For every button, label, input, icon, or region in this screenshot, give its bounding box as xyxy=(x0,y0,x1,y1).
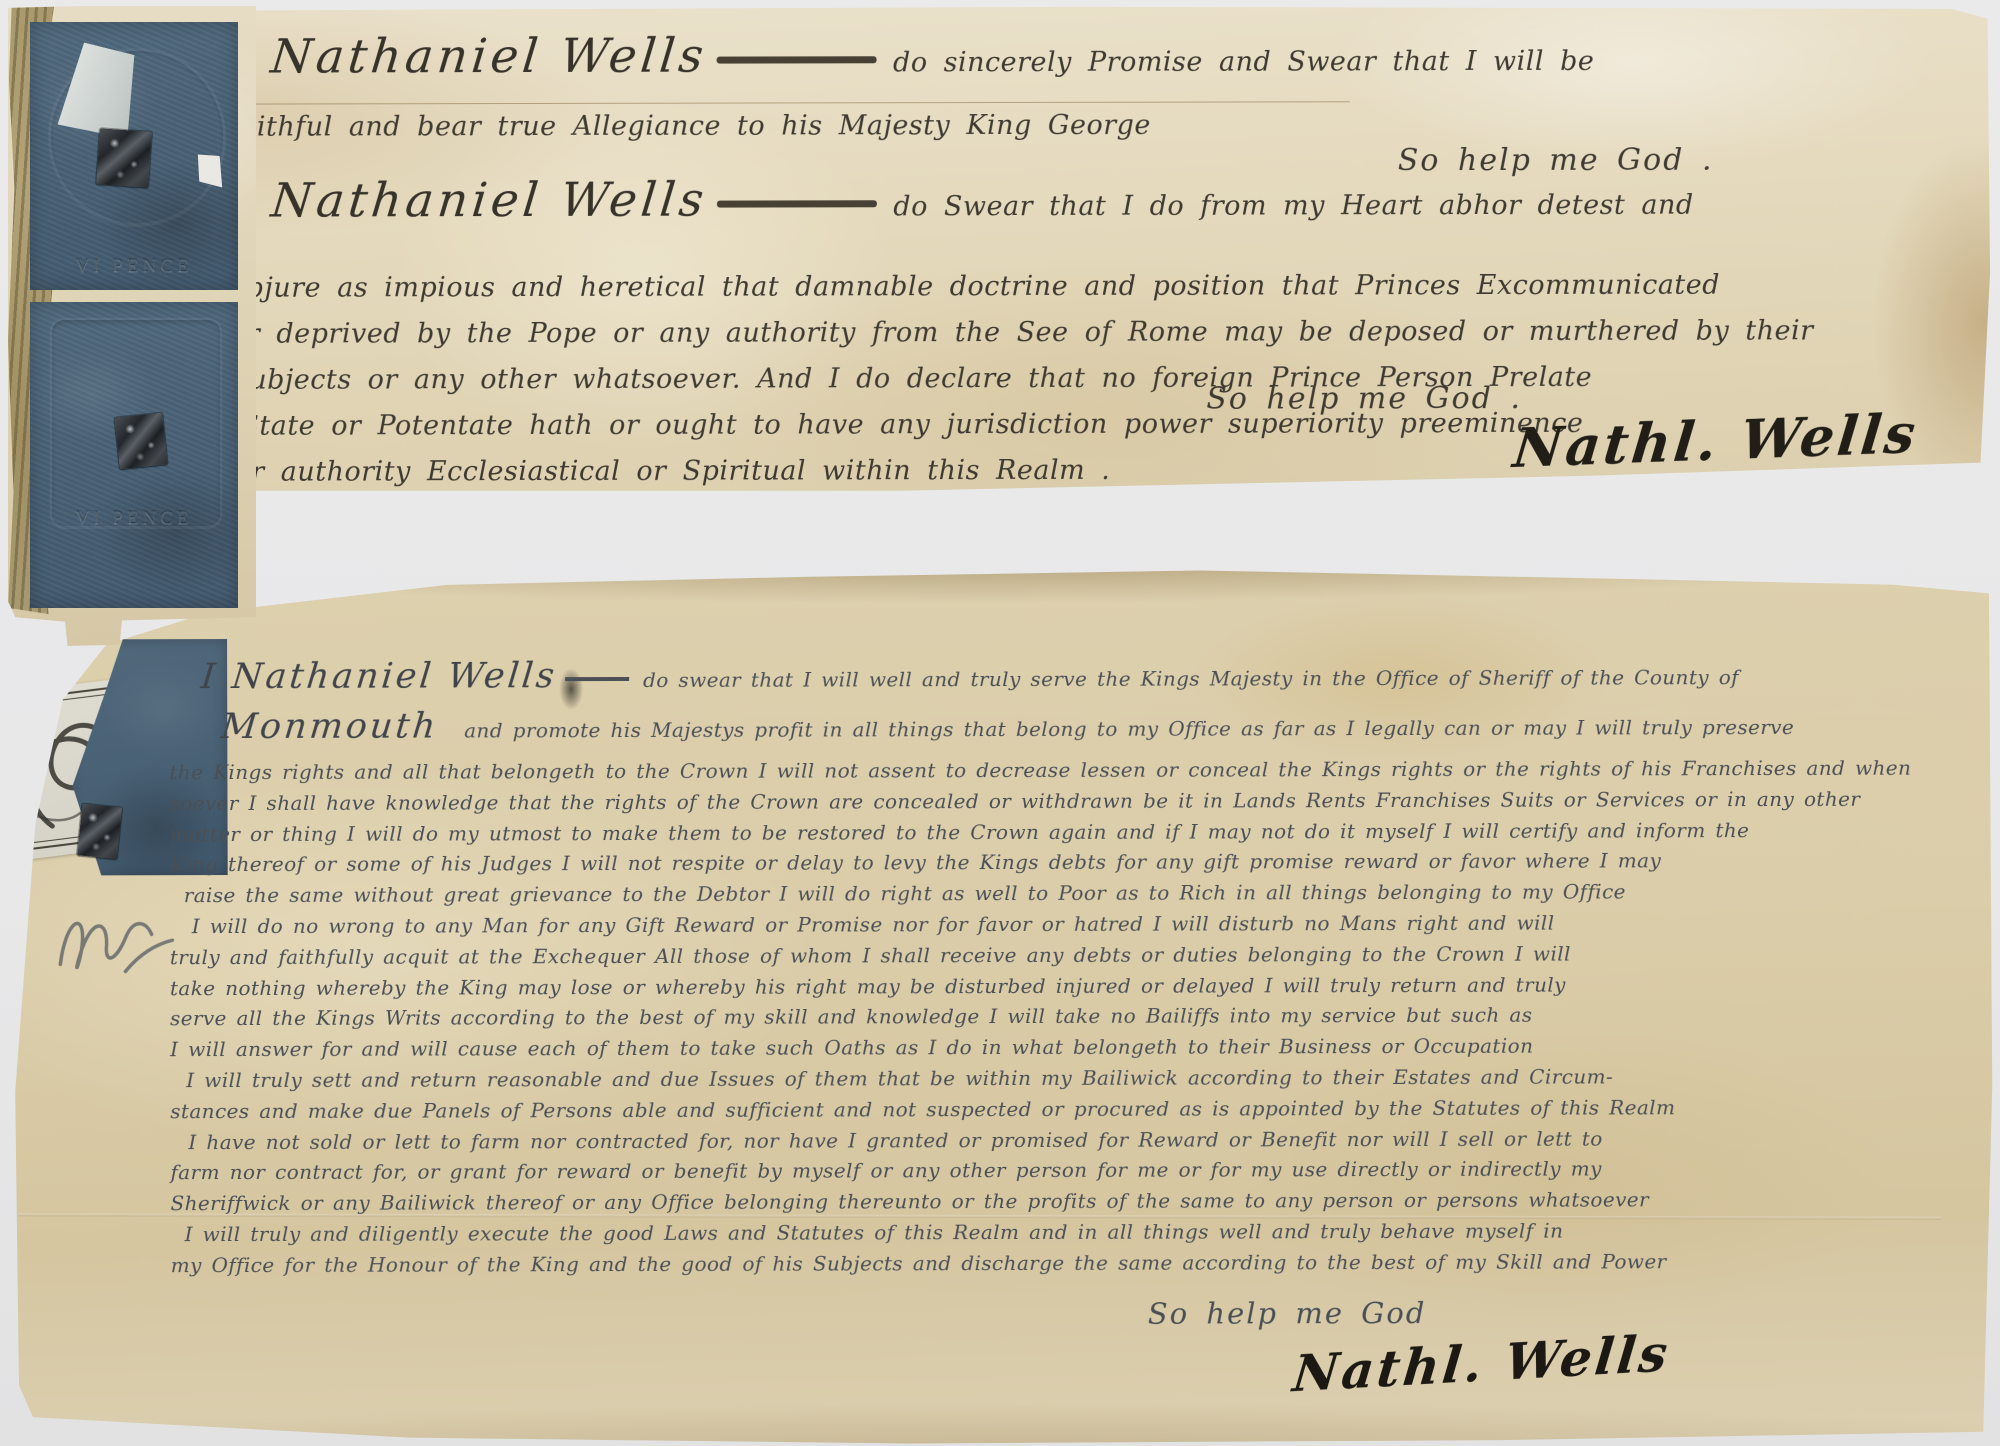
oath-line: Sheriffwick or any Bailiwick thereof or … xyxy=(170,1184,1912,1219)
oath-abjuration-line-1: I Nathaniel Wellsdo Swear that I do from… xyxy=(230,171,1694,229)
oath-line: serve all the Kings Writs according to t… xyxy=(170,999,1912,1034)
oath-line: take nothing whereby the King may lose o… xyxy=(170,968,1912,1003)
oath-line: the Kings rights and all that belongeth … xyxy=(169,753,1911,788)
foil-seal-icon xyxy=(77,803,122,859)
stamp-flap: VI PENCE VI PENCE xyxy=(8,6,256,646)
oath-text: do swear that I will well and truly serv… xyxy=(643,665,1739,692)
blank-rule xyxy=(717,56,877,63)
attestation: So help me God xyxy=(1148,1296,1427,1331)
foil-seal-icon xyxy=(114,413,167,470)
oath-line: abjure as impious and heretical that dam… xyxy=(230,262,1814,311)
oath-office-line-1: I Nathaniel Wellsdo swear that I will we… xyxy=(201,653,1739,697)
county-name: Monmouth xyxy=(219,706,440,747)
blank-rule xyxy=(717,200,877,207)
oath-allegiance-line-2: faithful and bear true Allegiance to his… xyxy=(230,110,1151,143)
oath-text: do Swear that I do from my Heart abhor d… xyxy=(893,190,1693,223)
oath-line: stances and make due Panels of Persons a… xyxy=(170,1091,1912,1126)
signature: Nathl. Wells xyxy=(1510,401,1921,480)
oath-line: King thereof or some of his Judges I wil… xyxy=(170,845,1912,880)
embossed-duty-text: VI PENCE xyxy=(30,508,238,530)
oath-line: farm nor contract for, or grant for rewa… xyxy=(170,1153,1912,1188)
oath-line: matter or thing I will do my utmost to m… xyxy=(170,814,1912,849)
foil-seal-icon xyxy=(96,128,152,187)
sworn-name: I Nathaniel Wells xyxy=(227,29,710,85)
oath-line: my Office for the Honour of the King and… xyxy=(171,1245,1913,1280)
oath-line: I have not sold or lett to farm nor cont… xyxy=(188,1122,1912,1157)
signature: Nathl. Wells xyxy=(1290,1323,1673,1403)
parchment-bottom-document: I Nathaniel Wellsdo swear that I will we… xyxy=(11,552,1995,1446)
oath-line: I will truly sett and return reasonable … xyxy=(186,1061,1912,1096)
sworn-name: I Nathaniel Wells xyxy=(199,656,559,697)
oath-allegiance-line-1: I Nathaniel Wellsdo sincerely Promise an… xyxy=(230,27,1595,85)
oath-text: and promote his Majestys profit in all t… xyxy=(464,715,1794,742)
oath-line: truly and faithfully acquit at the Exche… xyxy=(170,937,1912,972)
oath-line: raise the same without great grievance t… xyxy=(184,876,1912,911)
oath-line: Subjects or any other whatsoever. And I … xyxy=(230,354,1814,403)
oath-line: I will do no wrong to any Man for any Gi… xyxy=(192,907,1912,942)
sworn-name: I Nathaniel Wells xyxy=(227,173,710,229)
oath-line: soever I shall have knowledge that the r… xyxy=(169,783,1911,818)
oath-text: do sincerely Promise and Swear that I wi… xyxy=(893,46,1594,78)
oath-line: or deprived by the Pope or any authority… xyxy=(230,308,1814,357)
ruled-guide-line xyxy=(230,101,1350,104)
oath-office-body: the Kings rights and all that belongeth … xyxy=(169,753,1912,1281)
oath-office-line-2: Monmouthand promote his Majestys profit … xyxy=(221,703,1794,747)
embossed-duty-text: VI PENCE xyxy=(30,256,238,278)
oath-line: I will truly and diligently execute the … xyxy=(185,1215,1913,1250)
oath-line: I will answer for and will cause each of… xyxy=(170,1030,1912,1065)
attestation: So help me God . xyxy=(1206,381,1522,417)
blank-rule xyxy=(565,677,629,681)
parchment-top-document: I Nathaniel Wellsdo sincerely Promise an… xyxy=(7,4,1992,496)
